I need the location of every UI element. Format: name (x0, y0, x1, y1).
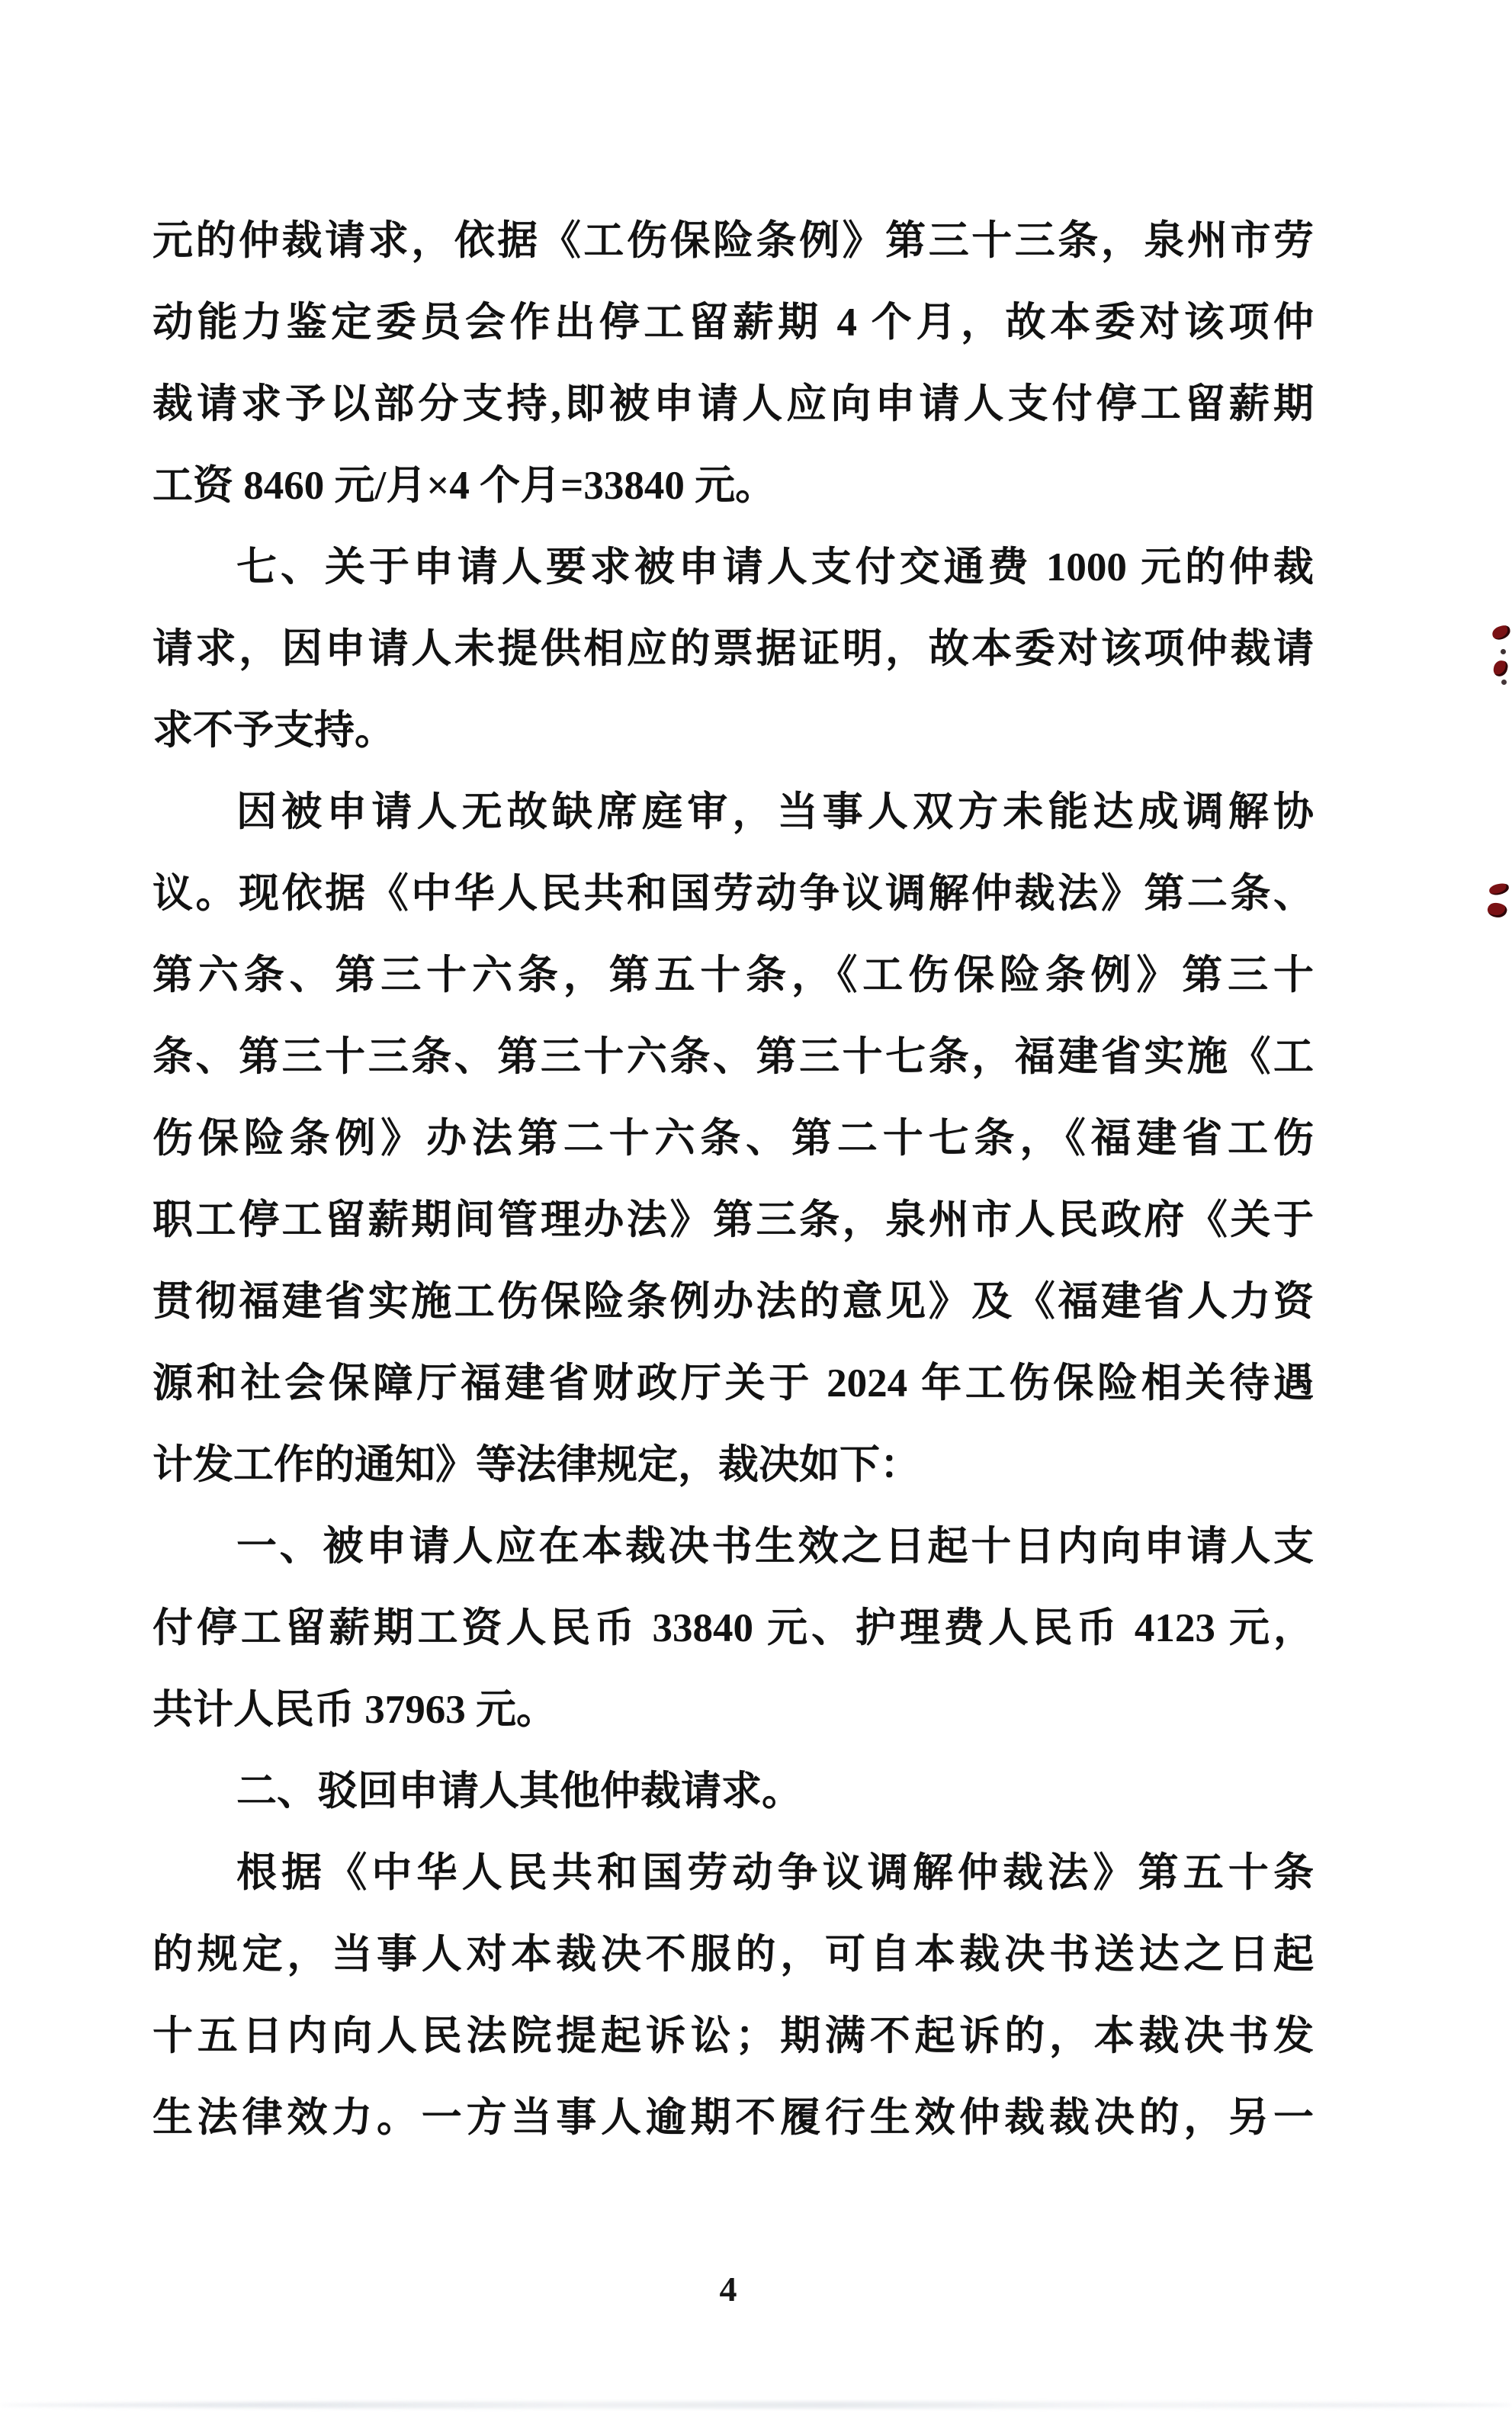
text-line: 动能力鉴定委员会作出停工留薪期 4 个月，故本委对该项仲 (152, 282, 1314, 364)
text-line: 七、关于申请人要求被申请人支付交通费 1000 元的仲裁 (152, 527, 1314, 609)
text-line: 源和社会保障厅福建省财政厅关于 2024 年工伤保险相关待遇 (152, 1343, 1314, 1425)
ink-dot-icon (1501, 649, 1506, 654)
text-line: 议。现依据《中华人民共和国劳动争议调解仲裁法》第二条、 (152, 853, 1314, 935)
text-line: 条、第三十三条、第三十六条、第三十七条，福建省实施《工 (152, 1017, 1314, 1098)
text-line: 因被申请人无故缺席庭审，当事人双方未能达成调解协 (152, 772, 1314, 853)
text-line: 二、驳回申请人其他仲裁请求。 (152, 1751, 1314, 1833)
text-line: 贯彻福建省实施工伤保险条例办法的意见》及《福建省人力资 (152, 1261, 1314, 1343)
text-line: 付停工留薪期工资人民币 33840 元、护理费人民币 4123 元， (152, 1588, 1314, 1669)
red-ink-smudge-icon (1491, 624, 1511, 641)
scan-edge-shadow (0, 2402, 1512, 2408)
text-line: 裁请求予以部分支持,即被申请人应向申请人支付停工留薪期 (152, 364, 1314, 445)
red-ink-smudge-icon (1488, 882, 1510, 895)
text-line: 求不予支持。 (152, 690, 1314, 772)
text-line: 计发工作的通知》等法律规定，裁决如下： (152, 1425, 1314, 1506)
text-line: 第六条、第三十六条，第五十条，《工伤保险条例》第三十 (152, 935, 1314, 1017)
text-line: 的规定，当事人对本裁决不服的，可自本裁决书送达之日起 (152, 1914, 1314, 1996)
text-line: 生法律效力。一方当事人逾期不履行生效仲裁裁决的，另一 (152, 2077, 1314, 2159)
document-text-block: 元的仲裁请求，依据《工伤保险条例》第三十三条，泉州市劳动能力鉴定委员会作出停工留… (152, 201, 1314, 2159)
red-ink-smudge-icon (1486, 901, 1509, 921)
text-line: 根据《中华人民共和国劳动争议调解仲裁法》第五十条 (152, 1833, 1314, 1914)
text-line: 十五日内向人民法院提起诉讼；期满不起诉的，本裁决书发 (152, 1996, 1314, 2077)
red-ink-smudge-icon (1492, 660, 1508, 678)
text-line: 职工停工留薪期间管理办法》第三条，泉州市人民政府《关于 (152, 1180, 1314, 1261)
text-line: 伤保险条例》办法第二十六条、第二十七条，《福建省工伤 (152, 1098, 1314, 1180)
ink-dot-icon (1501, 680, 1507, 685)
text-line: 工资 8460 元/月×4 个月=33840 元。 (152, 445, 1314, 527)
text-line: 一、被申请人应在本裁决书生效之日起十日内向申请人支 (152, 1506, 1314, 1588)
page-number: 4 (0, 2269, 1456, 2309)
document-page: 元的仲裁请求，依据《工伤保险条例》第三十三条，泉州市劳动能力鉴定委员会作出停工留… (0, 0, 1512, 2413)
text-line: 元的仲裁请求，依据《工伤保险条例》第三十三条，泉州市劳 (152, 201, 1314, 282)
text-line: 共计人民币 37963 元。 (152, 1669, 1314, 1751)
text-line: 请求，因申请人未提供相应的票据证明，故本委对该项仲裁请 (152, 609, 1314, 690)
